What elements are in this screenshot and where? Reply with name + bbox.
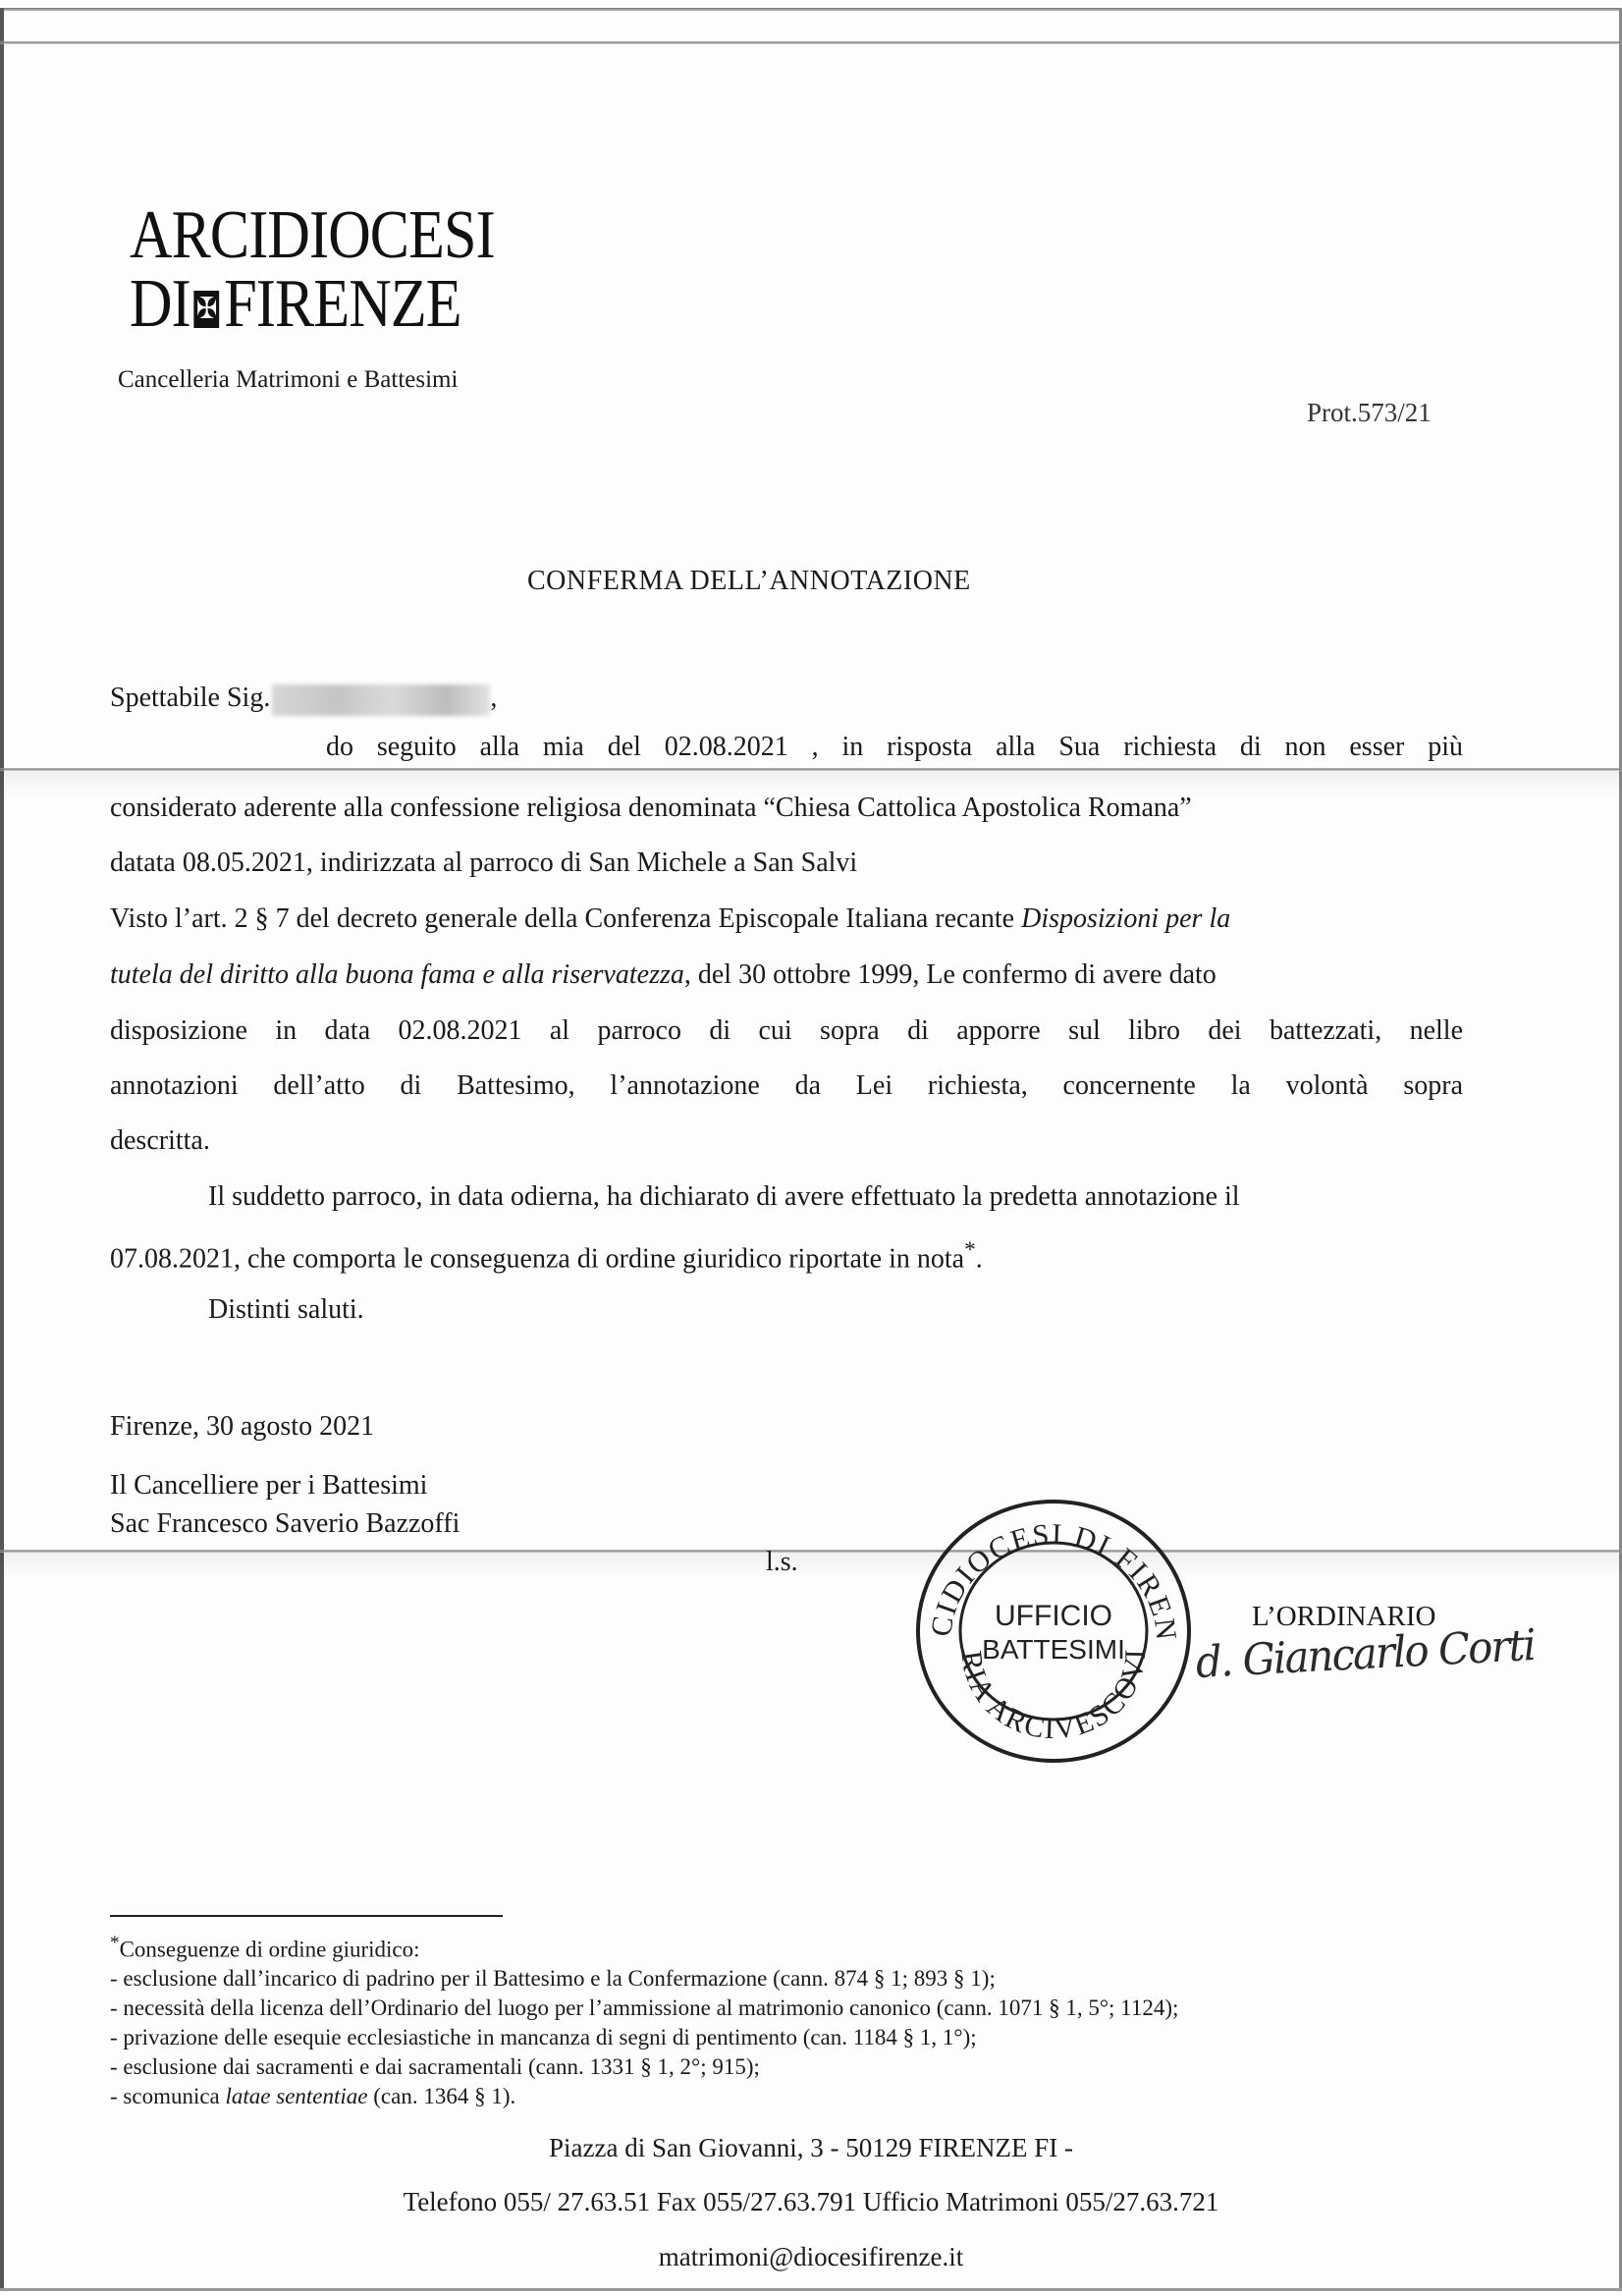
paper-top-edge [0, 8, 1622, 11]
footnote-item-last: - scomunica latae sententiae (can. 1364 … [110, 2084, 515, 2109]
org-logo-line2: DI✠FIRENZE [130, 270, 461, 339]
body-line: annotazioni dell’atto di Battesimo, l’an… [110, 1070, 1463, 1102]
footnote-last-prefix: - scomunica [110, 2084, 226, 2108]
protocol-number: Prot.573/21 [1307, 398, 1432, 428]
para2-text: 07.08.2021, che comporta le conseguenza … [110, 1243, 964, 1274]
para2-period: . [976, 1243, 983, 1274]
body-line-visto-2: tutela del diritto alla buona fama e all… [110, 959, 1463, 991]
footnote-item: - esclusione dall’incarico di padrino pe… [110, 1966, 996, 1992]
paper-bottom-edge [0, 2288, 1622, 2291]
body-line-note-ref: 07.08.2021, che comporta le conseguenza … [110, 1237, 1463, 1275]
footnote-item: - necessità della licenza dell’Ordinario… [110, 1995, 1178, 2021]
locus-sigilli: l.s. [766, 1547, 798, 1578]
salutation: Spettabile Sig., [110, 683, 1463, 716]
visto-text: Visto l’art. 2 § 7 del decreto generale … [110, 903, 1021, 934]
footer-address: Piazza di San Giovanni, 3 - 50129 FIRENZ… [0, 2133, 1622, 2163]
visto-suffix: , del 30 ottobre 1999, Le confermo di av… [684, 959, 1216, 990]
body-line: descritta. [110, 1125, 1463, 1157]
org-logo-di: DI [130, 266, 190, 342]
salutation-prefix: Spettabile Sig. [110, 683, 270, 713]
footnote-latin-term: latae sententiae [226, 2084, 368, 2108]
footnote-heading: *Conseguenze di ordine giuridico: [110, 1933, 420, 1963]
footnote-last-suffix: (can. 1364 § 1). [368, 2084, 516, 2108]
signer-name: Sac Francesco Saverio Bazzoffi [110, 1508, 460, 1540]
footnote-heading-text: Conseguenze di ordine giuridico: [120, 1938, 420, 1962]
org-logo-line1: ARCIDIOCESI [130, 201, 495, 270]
org-logo-firenze: FIRENZE [224, 266, 460, 342]
body-line: disposizione in data 02.08.2021 al parro… [110, 1015, 1463, 1047]
redacted-name [272, 684, 490, 716]
paper-left-edge [0, 8, 4, 2288]
footnote-marker: * [964, 1237, 976, 1263]
footnote-item: - privazione delle esequie ecclesiastich… [110, 2025, 977, 2050]
footer-phones: Telefono 055/ 27.63.51 Fax 055/27.63.791… [0, 2187, 1622, 2217]
florentine-cross-icon: ✠ [193, 291, 219, 328]
place-date: Firenze, 30 agosto 2021 [110, 1411, 374, 1443]
official-stamp-icon: ARCIDIOCESI DI FIRENZE CURIA ARCIVESCOVI… [911, 1495, 1196, 1768]
decree-title-part2: tutela del diritto alla buona fama e all… [110, 959, 684, 990]
body-line: do seguito alla mia del 02.08.2021 , in … [326, 732, 1463, 763]
body-line: datata 08.05.2021, indirizzata al parroc… [110, 847, 1463, 879]
signer-role: Il Cancelliere per i Battesimi [110, 1470, 427, 1502]
decree-title-part1: Disposizioni per la [1021, 903, 1230, 934]
body-line: considerato aderente alla confessione re… [110, 793, 1463, 824]
footer-email[interactable]: matrimoni@diocesifirenze.it [0, 2242, 1622, 2272]
paper-fold-line [0, 41, 1622, 44]
footnote-rule [110, 1915, 503, 1917]
salutation-comma: , [490, 683, 497, 713]
footnote-mark: * [110, 1933, 120, 1953]
handwritten-signature: d. Giancarlo Corti [1195, 1620, 1536, 1688]
body-line: Il suddetto parroco, in data odierna, ha… [208, 1181, 1463, 1213]
svg-text:UFFICIO: UFFICIO [995, 1600, 1112, 1632]
footnote-item: - esclusione dai sacramenti e dai sacram… [110, 2054, 760, 2080]
svg-text:BATTESIMI: BATTESIMI [982, 1634, 1125, 1665]
closing: Distinti saluti. [208, 1294, 1561, 1326]
paper-fold-shadow [0, 1553, 1622, 1578]
body-line-visto: Visto l’art. 2 § 7 del decreto generale … [110, 903, 1463, 935]
document-title: CONFERMA DELL’ANNOTAZIONE [527, 566, 971, 597]
office-subtitle: Cancelleria Matrimoni e Battesimi [118, 366, 458, 394]
